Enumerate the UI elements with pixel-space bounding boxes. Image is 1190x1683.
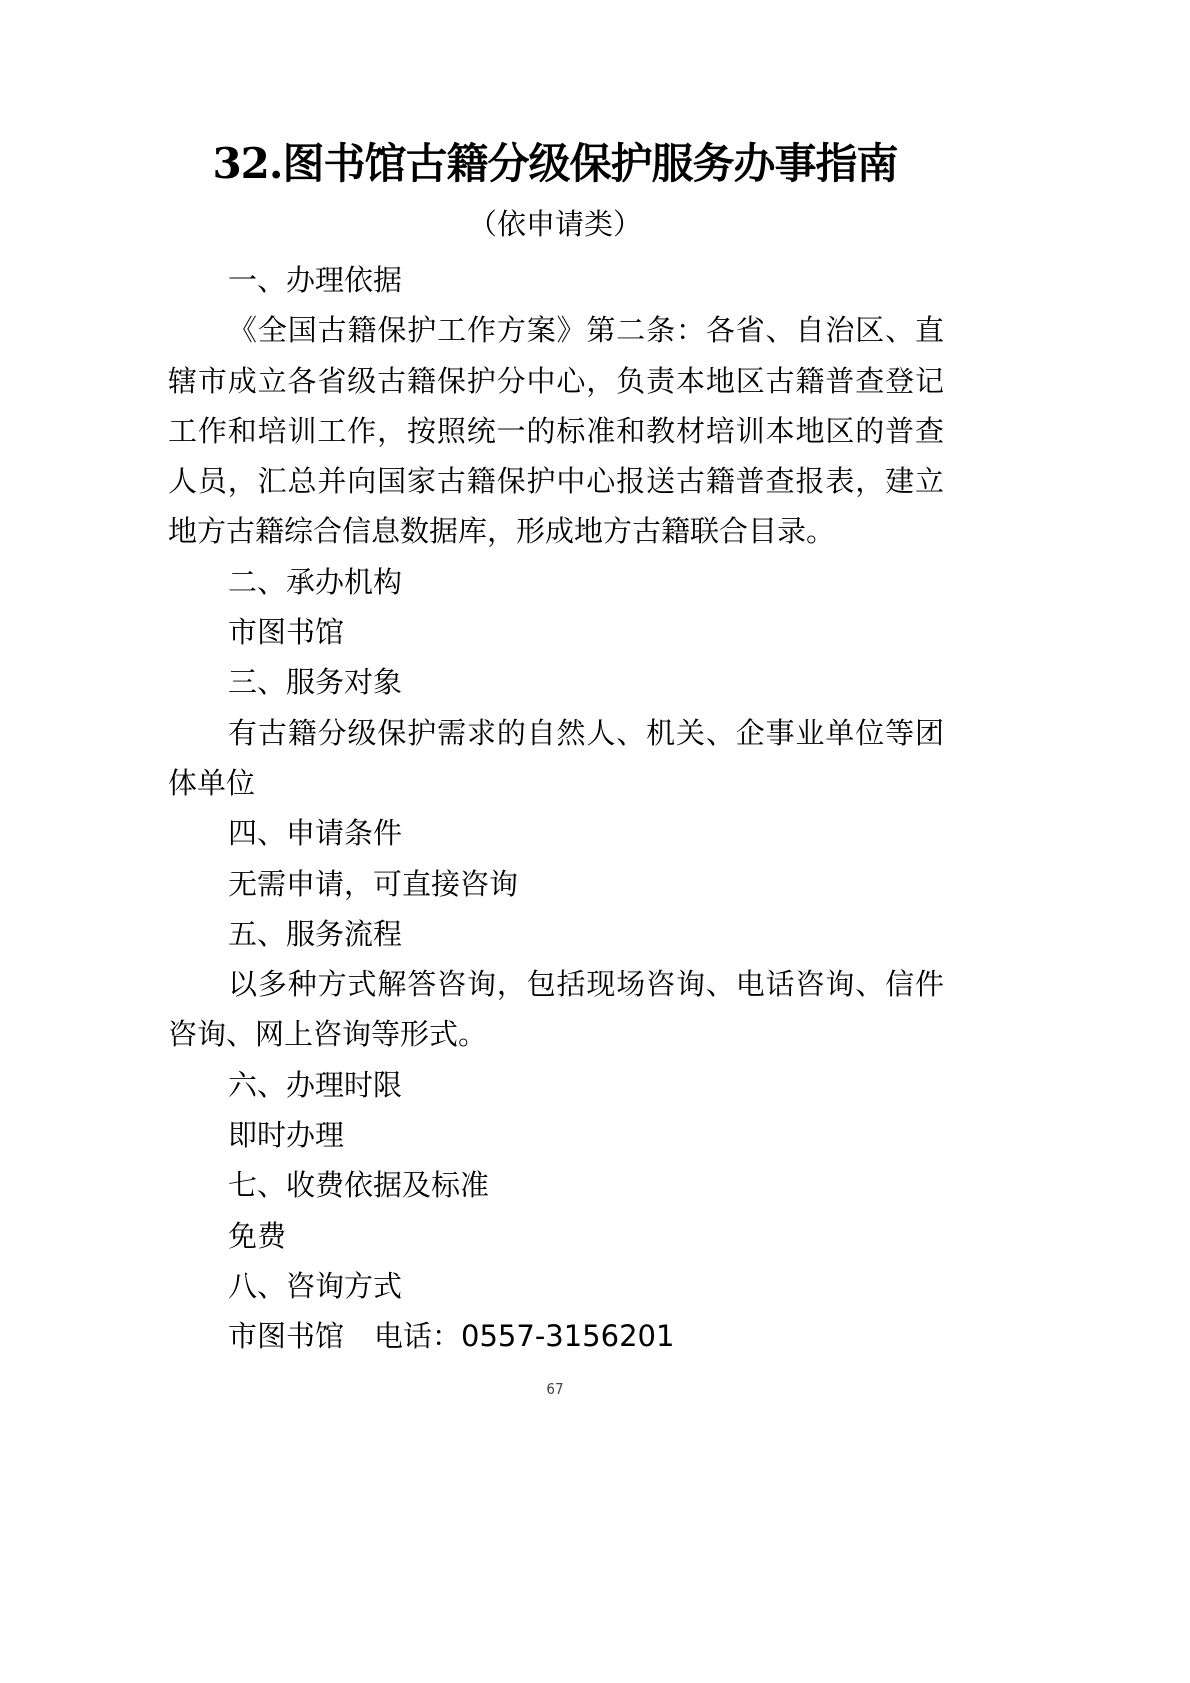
section-heading-organization: 二、承办机构 — [168, 557, 944, 607]
section-heading-conditions: 四、申请条件 — [168, 808, 944, 858]
section-heading-basis: 一、办理依据 — [168, 255, 944, 305]
contact-organization: 市图书馆 — [228, 1319, 344, 1353]
section-content-organization: 市图书馆 — [168, 607, 944, 657]
section-heading-contact: 八、咨询方式 — [168, 1261, 944, 1311]
section-heading-fees: 七、收费依据及标准 — [168, 1160, 944, 1210]
section-content-process: 以多种方式解答咨询，包括现场咨询、电话咨询、信件咨询、网上咨询等形式。 — [168, 959, 944, 1060]
document-body: 一、办理依据 《全国古籍保护工作方案》第二条：各省、自治区、直辖市成立各省级古籍… — [168, 255, 944, 1362]
document-title: 32.图书馆古籍分级保护服务办事指南 — [0, 136, 1110, 192]
section-content-time-limit: 即时办理 — [168, 1110, 944, 1160]
section-content-basis: 《全国古籍保护工作方案》第二条：各省、自治区、直辖市成立各省级古籍保护分中心，负… — [168, 305, 944, 556]
document-page: 32.图书馆古籍分级保护服务办事指南 （依申请类） 一、办理依据 《全国古籍保护… — [0, 0, 1190, 1683]
document-subtitle: （依申请类） — [0, 200, 1110, 248]
page-number: 67 — [0, 1380, 1110, 1398]
section-content-service-target: 有古籍分级保护需求的自然人、机关、企事业单位等团体单位 — [168, 708, 944, 809]
section-content-fees: 免费 — [168, 1211, 944, 1261]
section-content-conditions: 无需申请，可直接咨询 — [168, 859, 944, 909]
contact-phone: 电话：0557-3156201 — [374, 1319, 674, 1353]
section-heading-service-target: 三、服务对象 — [168, 657, 944, 707]
section-content-contact: 市图书馆电话：0557-3156201 — [168, 1311, 944, 1361]
section-heading-process: 五、服务流程 — [168, 909, 944, 959]
section-heading-time-limit: 六、办理时限 — [168, 1060, 944, 1110]
